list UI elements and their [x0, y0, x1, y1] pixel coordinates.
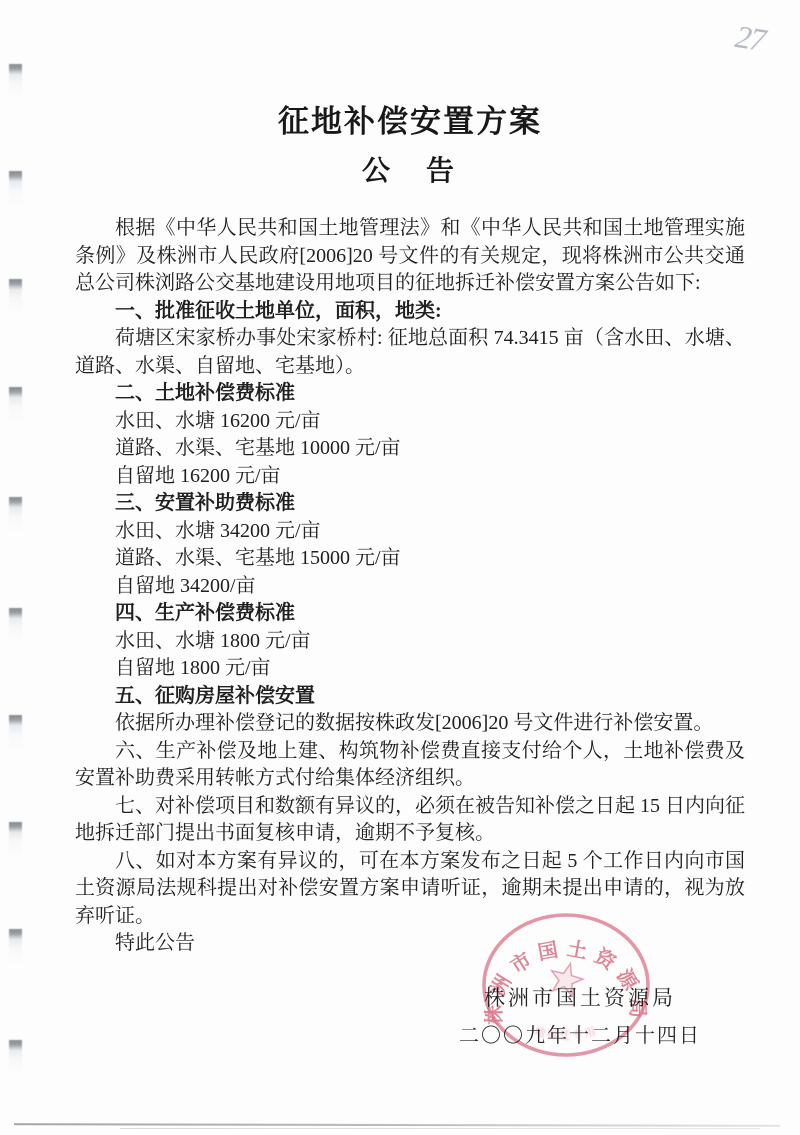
rate-item: 水田、水塘 16200 元/亩 — [75, 408, 745, 436]
handwritten-page-number: 27 — [730, 19, 770, 59]
rate-item: 自留地 1800 元/亩 — [75, 655, 745, 683]
document-body: 根据《中华人民共和国土地管理法》和《中华人民共和国土地管理实施条例》及株洲市人民… — [75, 215, 745, 958]
section-4-heading: 四、生产补偿费标准 — [75, 600, 745, 628]
scan-edge-line — [14, 1123, 780, 1127]
section-6-paragraph: 六、生产补偿及地上建、构筑物补偿费直接支付给个人，土地补偿费及安置补助费采用转帐… — [75, 738, 745, 793]
binder-hole-mark — [9, 608, 22, 642]
document: 征地补偿安置方案 公 告 根据《中华人民共和国土地管理法》和《中华人民共和国土地… — [75, 96, 745, 958]
scanned-document-page: 27 征地补偿安置方案 公 告 根据《中华人民共和国土地管理法》和《中华人民共和… — [0, 0, 800, 1135]
issue-date: 二〇〇九年十二月十四日 — [415, 1019, 745, 1048]
issuing-agency: 株洲市国土资源局 — [415, 982, 745, 1012]
document-subtitle: 公 告 — [75, 149, 745, 189]
rate-item: 道路、水渠、宅基地 10000 元/亩 — [75, 435, 745, 463]
land-area-paragraph: 荷塘区宋家桥办事处宋家桥村: 征地总面积 74.3415 亩（含水田、水塘、道路… — [75, 325, 745, 380]
binder-hole-mark — [9, 497, 22, 531]
binder-hole-mark — [9, 279, 22, 313]
rate-item: 自留地 16200 元/亩 — [75, 463, 745, 491]
binder-hole-mark — [9, 822, 22, 856]
closing-line: 特此公告 — [75, 930, 745, 958]
binder-hole-mark — [9, 171, 22, 205]
signature-block: 株洲市国土资源局 二〇〇九年十二月十四日 — [415, 982, 745, 1048]
rate-item: 水田、水塘 34200 元/亩 — [75, 518, 745, 546]
intro-paragraph: 根据《中华人民共和国土地管理法》和《中华人民共和国土地管理实施条例》及株洲市人民… — [75, 215, 745, 298]
binder-hole-mark — [9, 715, 22, 749]
binder-hole-mark — [9, 929, 22, 963]
section-1-heading: 一、批准征收土地单位，面积，地类: — [75, 298, 745, 326]
rate-item: 自留地 34200/亩 — [75, 573, 745, 601]
section-5-heading: 五、征购房屋补偿安置 — [75, 683, 745, 711]
scan-edge-line — [120, 1128, 760, 1129]
document-title: 征地补偿安置方案 — [75, 96, 745, 141]
section-8-paragraph: 八、如对本方案有异议的，可在本方案发布之日起 5 个工作日内向市国土资源局法规科… — [75, 848, 745, 931]
rate-item: 道路、水渠、宅基地 15000 元/亩 — [75, 545, 745, 573]
binder-hole-mark — [9, 1040, 22, 1074]
binder-hole-mark — [9, 387, 22, 421]
section-2-heading: 二、土地补偿费标准 — [75, 380, 745, 408]
section-3-heading: 三、安置补助费标准 — [75, 490, 745, 518]
rate-item: 水田、水塘 1800 元/亩 — [75, 628, 745, 656]
section-7-paragraph: 七、对补偿项目和数额有异议的，必须在被告知补偿之日起 15 日内向征地拆迁部门提… — [75, 793, 745, 848]
section-5-paragraph: 依据所办理补偿登记的数据按株政发[2006]20 号文件进行补偿安置。 — [75, 710, 745, 738]
binder-hole-mark — [9, 64, 22, 98]
